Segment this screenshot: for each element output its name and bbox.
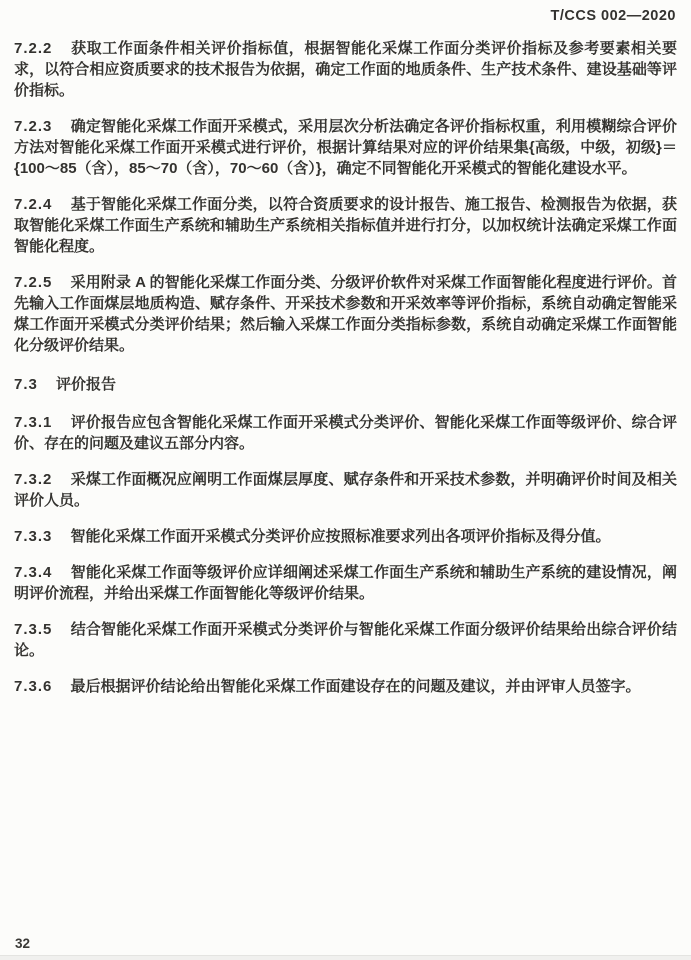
clause-text: 智能化采煤工作面开采模式分类评价应按照标准要求列出各项评价指标及得分值。	[71, 528, 611, 545]
document-page: T/CCS 002—2020 7.2.2 获取工作面条件相关评价指标值，根据智能…	[0, 0, 691, 960]
document-body: 7.2.2 获取工作面条件相关评价指标值，根据智能化采煤工作面分类评价指标及参考…	[14, 38, 677, 712]
page-number: 32	[15, 936, 30, 951]
clause-number: 7.3.5	[14, 621, 52, 638]
section-title: 评价报告	[56, 376, 116, 393]
clause-text: 最后根据评价结论给出智能化采煤工作面建设存在的问题及建议，并由评审人员签字。	[71, 678, 641, 695]
clause-7-2-2: 7.2.2 获取工作面条件相关评价指标值，根据智能化采煤工作面分类评价指标及参考…	[14, 38, 677, 101]
clause-text: 基于智能化采煤工作面分类，以符合资质要求的设计报告、施工报告、检测报告为依据，获…	[14, 196, 677, 255]
clause-7-2-5: 7.2.5 采用附录 A 的智能化采煤工作面分类、分级评价软件对采煤工作面智能化…	[14, 272, 677, 356]
clause-text: 采用附录 A 的智能化采煤工作面分类、分级评价软件对采煤工作面智能化程度进行评价…	[14, 274, 677, 354]
clause-7-3-4: 7.3.4 智能化采煤工作面等级评价应详细阐述采煤工作面生产系统和辅助生产系统的…	[14, 562, 677, 604]
clause-text: 采煤工作面概况应阐明工作面煤层厚度、赋存条件和开采技术参数，并明确评价时间及相关…	[14, 471, 677, 509]
clause-number: 7.2.5	[14, 274, 52, 291]
clause-text: 获取工作面条件相关评价指标值，根据智能化采煤工作面分类评价指标及参考要素相关要求…	[14, 40, 677, 99]
clause-7-3-5: 7.3.5 结合智能化采煤工作面开采模式分类评价与智能化采煤工作面分级评价结果给…	[14, 619, 677, 661]
clause-7-3-6: 7.3.6 最后根据评价结论给出智能化采煤工作面建设存在的问题及建议，并由评审人…	[14, 676, 677, 697]
clause-number: 7.2.2	[14, 40, 52, 57]
clause-number: 7.3.1	[14, 414, 52, 431]
clause-7-2-4: 7.2.4 基于智能化采煤工作面分类，以符合资质要求的设计报告、施工报告、检测报…	[14, 194, 677, 257]
clause-number: 7.2.4	[14, 196, 52, 213]
clause-7-3-2: 7.3.2 采煤工作面概况应阐明工作面煤层厚度、赋存条件和开采技术参数，并明确评…	[14, 469, 677, 511]
clause-7-3-1: 7.3.1 评价报告应包含智能化采煤工作面开采模式分类评价、智能化采煤工作面等级…	[14, 412, 677, 454]
clause-number: 7.3.3	[14, 528, 52, 545]
scan-edge-line	[0, 955, 691, 960]
clause-text: 智能化采煤工作面等级评价应详细阐述采煤工作面生产系统和辅助生产系统的建设情况，阐…	[14, 564, 677, 602]
clause-text: 评价报告应包含智能化采煤工作面开采模式分类评价、智能化采煤工作面等级评价、综合评…	[14, 414, 677, 452]
clause-number: 7.2.3	[14, 118, 52, 135]
clause-text: 结合智能化采煤工作面开采模式分类评价与智能化采煤工作面分级评价结果给出综合评价结…	[14, 621, 677, 659]
clause-number: 7.3.4	[14, 564, 52, 581]
section-number: 7.3	[14, 376, 38, 393]
section-heading-7-3: 7.3 评价报告	[14, 374, 677, 395]
clause-text: 确定智能化采煤工作面开采模式，采用层次分析法确定各评价指标权重，利用模糊综合评价…	[14, 118, 677, 177]
clause-7-2-3: 7.2.3 确定智能化采煤工作面开采模式，采用层次分析法确定各评价指标权重，利用…	[14, 116, 677, 179]
clause-number: 7.3.2	[14, 471, 52, 488]
standard-code-header: T/CCS 002—2020	[551, 8, 676, 24]
clause-7-3-3: 7.3.3 智能化采煤工作面开采模式分类评价应按照标准要求列出各项评价指标及得分…	[14, 526, 677, 547]
clause-number: 7.3.6	[14, 678, 52, 695]
